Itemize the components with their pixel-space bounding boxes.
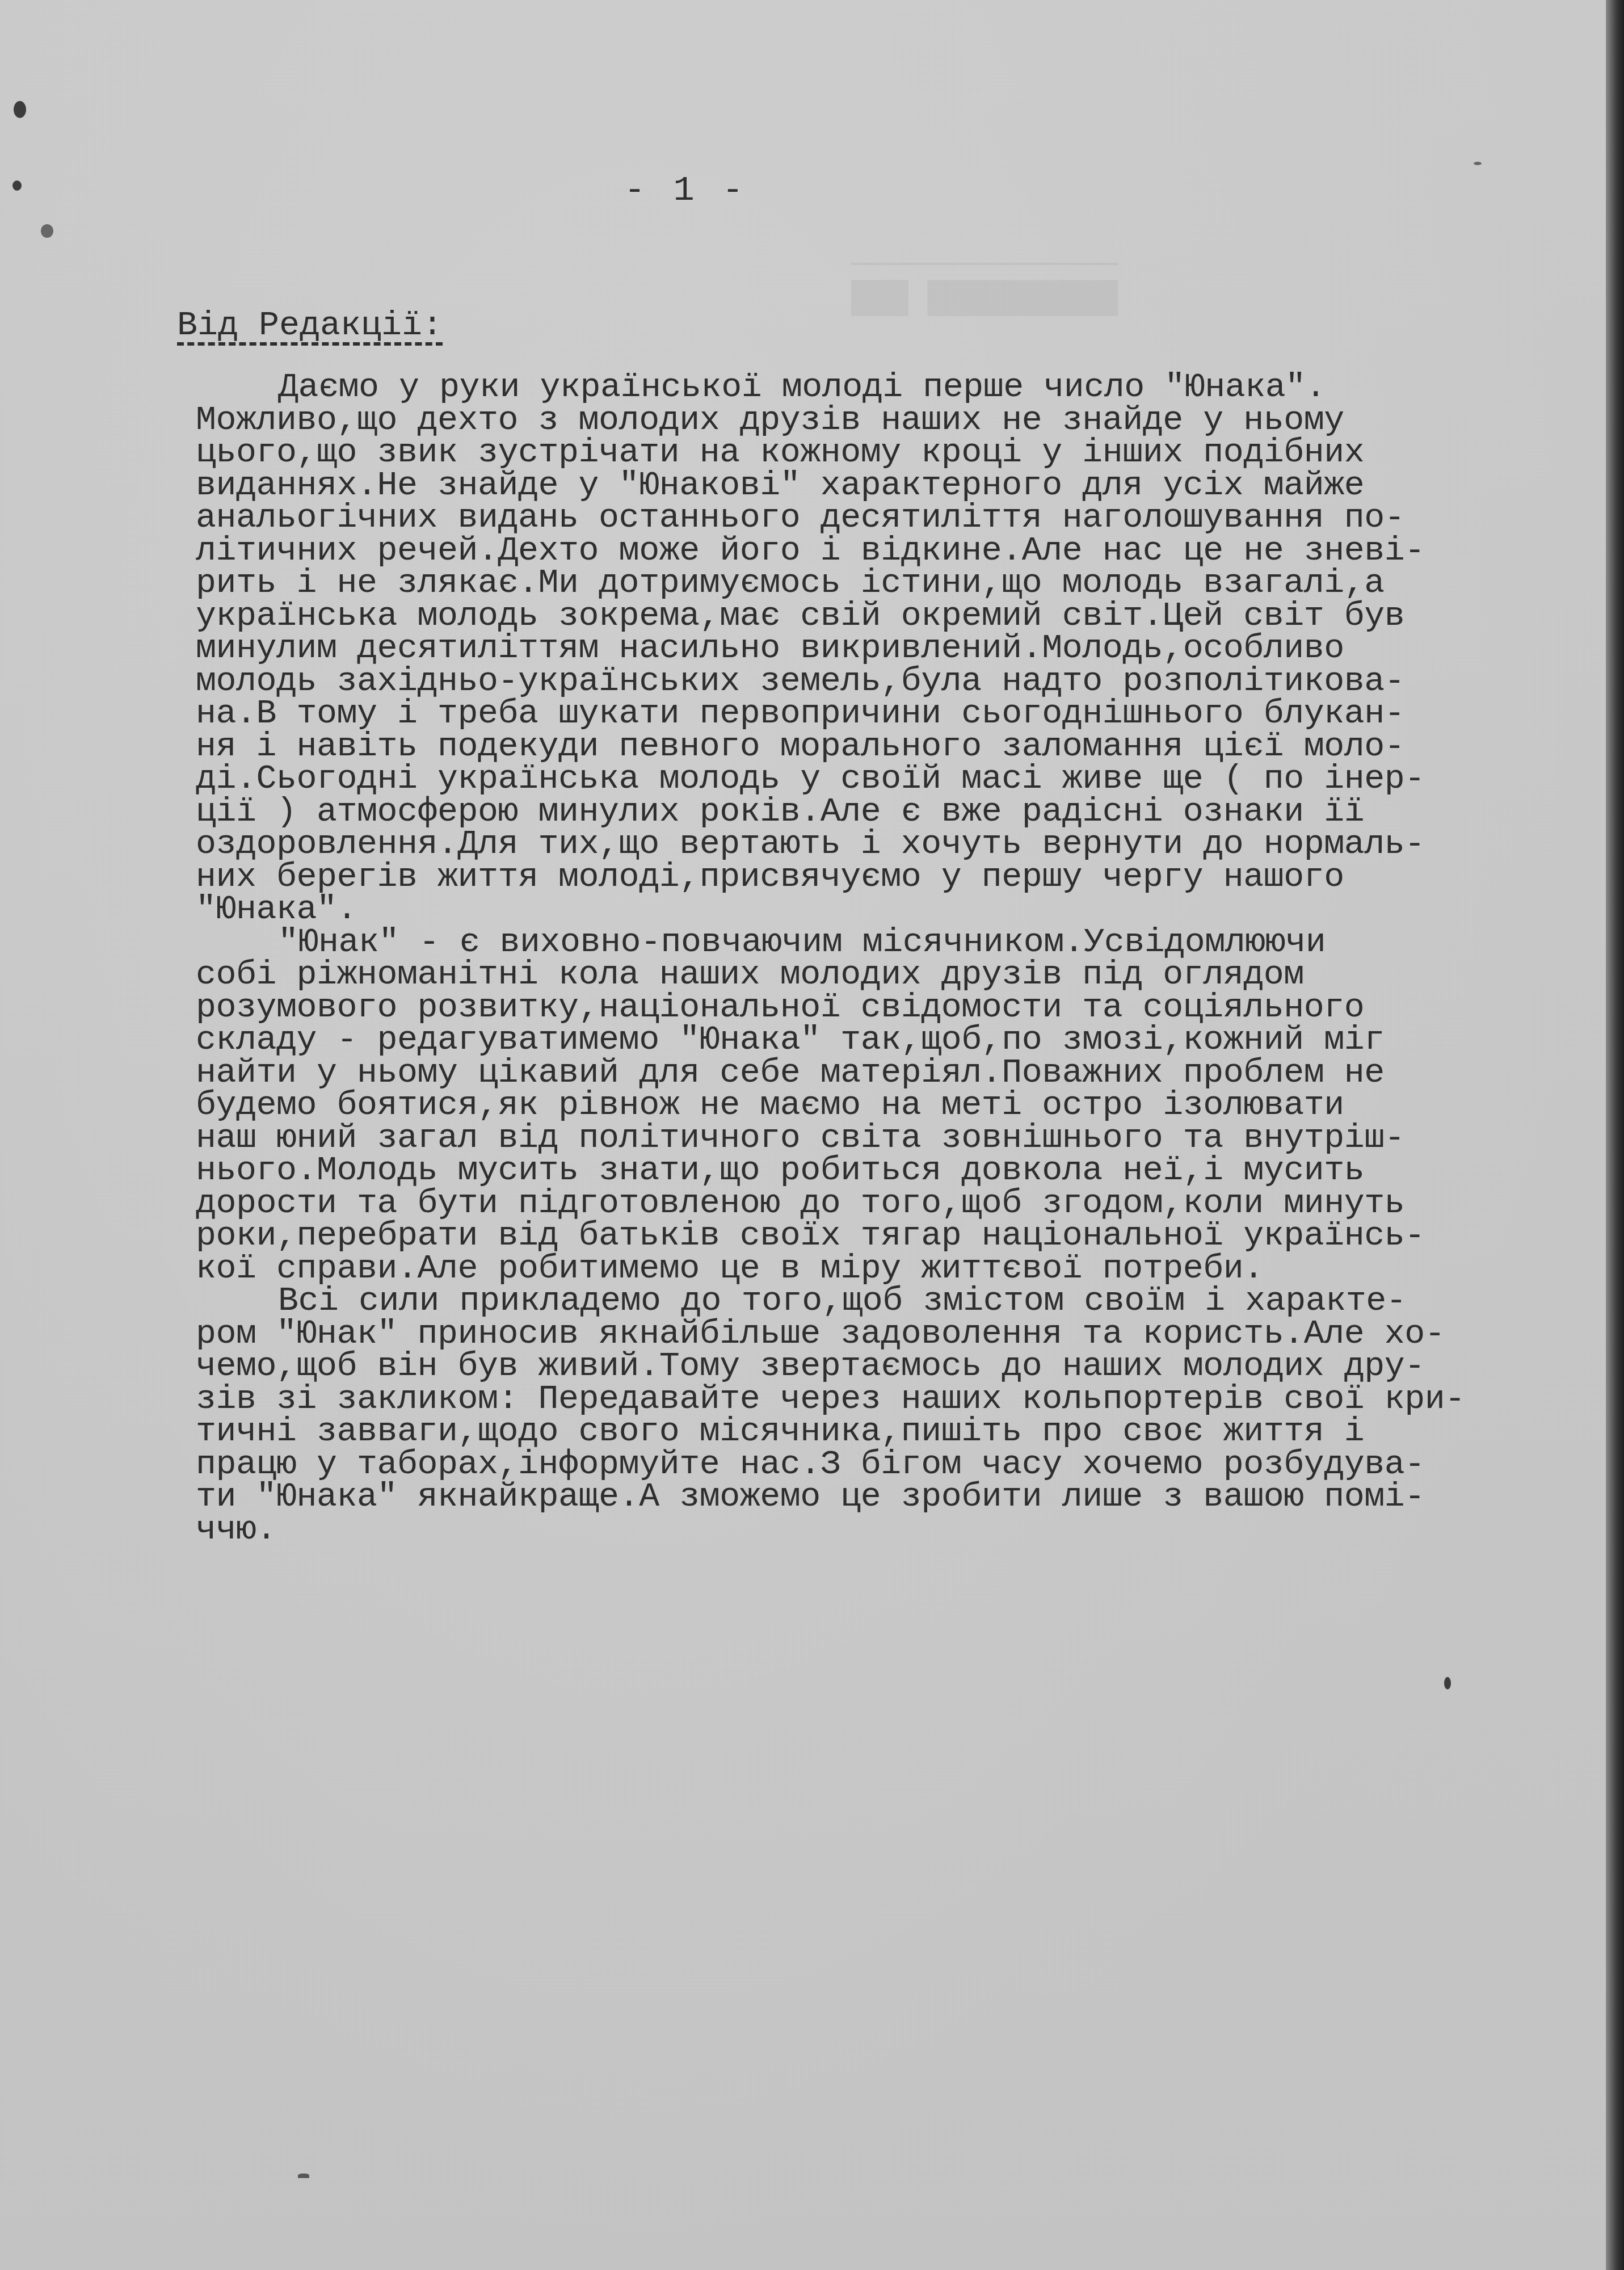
text-line: працю у таборах,інформуйте нас.З бігом ч… bbox=[196, 1449, 1501, 1482]
editorial-body: Даємо у руки української молоді перше чи… bbox=[196, 372, 1501, 1546]
text-line: виданнях.Не знайде у "Юнакові" характерн… bbox=[196, 470, 1501, 503]
bleed-through-text: ────────────── ███ ██████████ bbox=[851, 216, 1118, 314]
text-line: ром "Юнак" приносив якнайбільше задоволе… bbox=[196, 1318, 1501, 1351]
scan-edge-shadow bbox=[1606, 0, 1624, 2270]
text-line: ня і навіть подекуди певного морального … bbox=[196, 731, 1501, 764]
scan-speck bbox=[12, 180, 22, 191]
scan-speck bbox=[41, 224, 53, 238]
scan-speck bbox=[298, 2174, 309, 2178]
text-line: розумового розвитку,національної свідомо… bbox=[196, 992, 1501, 1025]
text-line: наш юний загал від політичного світа зов… bbox=[196, 1123, 1501, 1155]
text-line: складу - редагуватимемо "Юнака" так,щоб,… bbox=[196, 1024, 1501, 1057]
text-line: будемо боятися,як рівнож не маємо на мет… bbox=[196, 1090, 1501, 1123]
text-line: собі ріжноманітні кола наших молодих дру… bbox=[196, 959, 1501, 992]
scan-speck bbox=[1444, 1677, 1451, 1689]
text-line: минулим десятиліттям насильно викривлени… bbox=[196, 633, 1501, 666]
text-line: ти "Юнака" якнайкраще.А зможемо це зроби… bbox=[196, 1481, 1501, 1514]
text-line: дорости та бути підготовленою до того,що… bbox=[196, 1188, 1501, 1221]
text-line: молодь західньо-українських земель,була … bbox=[196, 666, 1501, 699]
editorial-heading: Від Редакції: bbox=[177, 306, 443, 345]
text-line: рить і не злякає.Ми дотримуємось істини,… bbox=[196, 567, 1501, 600]
text-line: оздоровлення.Для тих,що вертають і хочут… bbox=[196, 829, 1501, 861]
scan-speck bbox=[1474, 162, 1482, 165]
scan-speck bbox=[14, 101, 26, 118]
text-line: на.В тому і треба шукати первопричини сь… bbox=[196, 698, 1501, 731]
text-line: ччю. bbox=[196, 1514, 1501, 1547]
page-number: - 1 - bbox=[624, 170, 747, 211]
text-line: цього,що звик зустрічати на кожному кроц… bbox=[196, 437, 1501, 470]
text-line: нього.Молодь мусить знати,що робиться до… bbox=[196, 1155, 1501, 1188]
text-line: найти у ньому цікавий для себе матеріял.… bbox=[196, 1057, 1501, 1090]
text-line: "Юнака". bbox=[196, 894, 1501, 927]
text-line: кої справи.Але робитимемо це в міру житт… bbox=[196, 1253, 1501, 1286]
text-line: ді.Сьогодні українська молодь у своїй ма… bbox=[196, 763, 1501, 796]
text-line: українська молодь зокрема,має свій окрем… bbox=[196, 600, 1501, 633]
text-line: Даємо у руки української молоді перше чи… bbox=[196, 372, 1501, 405]
text-line: анальогічних видань останнього десятиліт… bbox=[196, 502, 1501, 535]
text-line: Всі сили прикладемо до того,щоб змістом … bbox=[196, 1285, 1501, 1318]
text-line: літичних речей.Дехто може його і відкине… bbox=[196, 535, 1501, 568]
text-line: роки,перебрати від батьків своїх тягар н… bbox=[196, 1220, 1501, 1253]
scanned-page: ────────────── ███ ██████████ - 1 - Від … bbox=[0, 0, 1606, 2270]
text-line: ції ) атмосферою минулих років.Але є вже… bbox=[196, 796, 1501, 829]
text-line: Можливо,що дехто з молодих друзів наших … bbox=[196, 405, 1501, 438]
text-line: чемо,щоб він був живий.Тому звертаємось … bbox=[196, 1351, 1501, 1384]
text-line: них берегів життя молоді,присвячуємо у п… bbox=[196, 861, 1501, 894]
text-line: зів зі закликом: Передавайте через наших… bbox=[196, 1384, 1501, 1416]
text-line: тичні завваги,щодо свого місячника,пишіт… bbox=[196, 1416, 1501, 1449]
text-line: "Юнак" - є виховно-повчаючим місячником.… bbox=[196, 927, 1501, 960]
